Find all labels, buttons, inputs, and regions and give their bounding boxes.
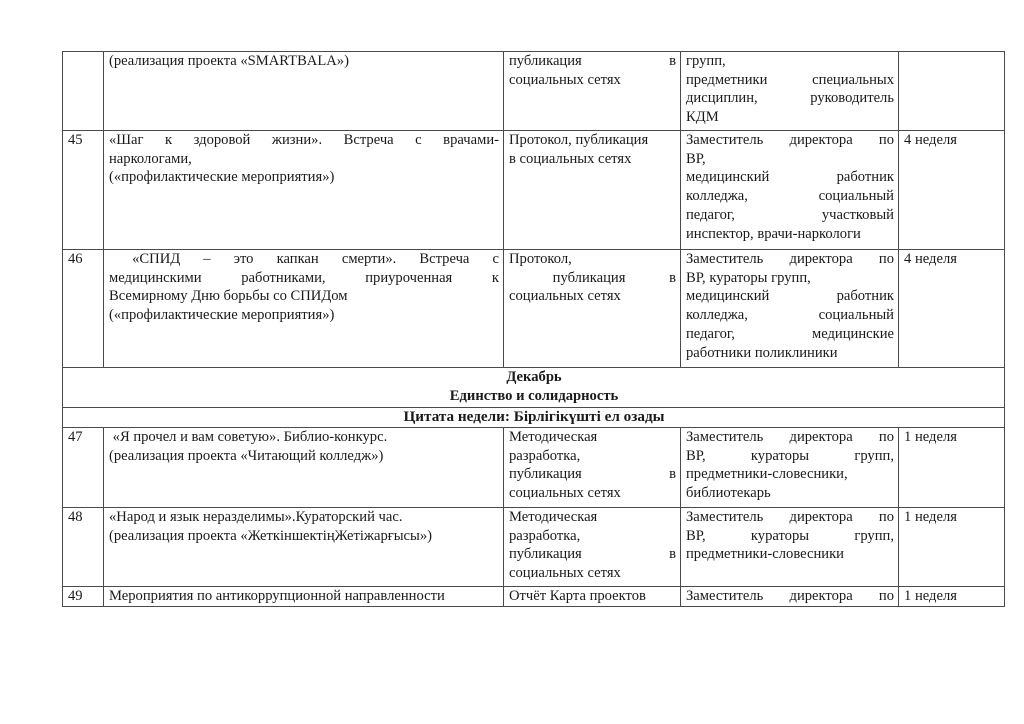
form-line: Протокол, xyxy=(509,250,676,269)
event-line: (реализация проекта «SMARTBALA») xyxy=(109,52,499,71)
responsible-line: педагог, участковый xyxy=(686,206,894,225)
timing-cell xyxy=(899,52,1005,131)
responsible-line: групп, xyxy=(686,52,894,71)
event-line: Мероприятия по антикоррупционной направл… xyxy=(109,587,499,606)
event-cell: (реализация проекта «SMARTBALA») xyxy=(104,52,504,131)
month-title: Декабрь xyxy=(68,368,1000,387)
form-line: публикация в xyxy=(509,465,676,484)
table-row: 47 «Я прочел и вам советую». Библио-конк… xyxy=(63,428,1005,508)
row-number xyxy=(63,52,104,131)
form-line: социальных сетях xyxy=(509,71,676,90)
section-header: Декабрь Единство и солидарность xyxy=(63,368,1005,408)
form-line: социальных сетях xyxy=(509,287,676,306)
responsible-line: колледжа, социальный xyxy=(686,306,894,325)
event-line: («профилактические мероприятия») xyxy=(109,168,499,187)
responsible-cell: Заместитель директора по ВР, кураторы гр… xyxy=(681,250,899,368)
event-cell: Мероприятия по антикоррупционной направл… xyxy=(104,587,504,607)
responsible-line: инспектор, врачи-наркологи xyxy=(686,225,894,244)
table-row: (реализация проекта «SMARTBALA») публика… xyxy=(63,52,1005,131)
form-line: Отчёт Карта проектов xyxy=(509,587,676,606)
responsible-line: библиотекарь xyxy=(686,484,894,503)
form-cell: Протокол, публикация в социальных сетях xyxy=(504,131,681,250)
form-line: Протокол, публикация xyxy=(509,131,676,150)
responsible-line: ВР, кураторы групп, xyxy=(686,447,894,466)
event-line: «Народ и язык неразделимы».Кураторский ч… xyxy=(109,508,499,527)
responsible-line: Заместитель директора по xyxy=(686,508,894,527)
responsible-cell: групп, предметники специальных дисциплин… xyxy=(681,52,899,131)
form-cell: Методическая разработка, публикация в со… xyxy=(504,428,681,508)
form-line: в социальных сетях xyxy=(509,150,676,169)
responsible-line: работники поликлиники xyxy=(686,344,894,363)
timing-cell: 1 неделя xyxy=(899,587,1005,607)
responsible-line: Заместитель директора по xyxy=(686,250,894,269)
document-page: (реализация проекта «SMARTBALA») публика… xyxy=(0,0,1024,724)
table-row: 46 «СПИД – это капкан смерти». Встреча с… xyxy=(63,250,1005,368)
event-cell: «Я прочел и вам советую». Библио-конкурс… xyxy=(104,428,504,508)
form-cell: Методическая разработка, публикация в со… xyxy=(504,508,681,587)
responsible-line: Заместитель директора по xyxy=(686,428,894,447)
event-line: медицинскими работниками, приуроченная к xyxy=(109,269,499,288)
form-line: публикация в xyxy=(509,269,676,288)
table-row: 49 Мероприятия по антикоррупционной напр… xyxy=(63,587,1005,607)
responsible-line: предметники-словесники, xyxy=(686,465,894,484)
form-line: разработка, xyxy=(509,447,676,466)
form-line: публикация в xyxy=(509,545,676,564)
event-cell: «СПИД – это капкан смерти». Встреча с ме… xyxy=(104,250,504,368)
table-row: 48 «Народ и язык неразделимы».Кураторски… xyxy=(63,508,1005,587)
row-number: 45 xyxy=(63,131,104,250)
event-line: (реализация проекта «Читающий колледж») xyxy=(109,447,499,466)
timing-cell: 4 неделя xyxy=(899,250,1005,368)
responsible-cell: Заместитель директора по ВР, кураторы гр… xyxy=(681,508,899,587)
form-line: Методическая xyxy=(509,428,676,447)
responsible-line: медицинский работник xyxy=(686,287,894,306)
row-number: 46 xyxy=(63,250,104,368)
event-line: наркологами, xyxy=(109,150,499,169)
row-number: 48 xyxy=(63,508,104,587)
event-line: Всемирному Дню борьбы со СПИДом xyxy=(109,287,499,306)
responsible-cell: Заместитель директора по xyxy=(681,587,899,607)
form-cell: Протокол, публикация в социальных сетях xyxy=(504,250,681,368)
form-line: разработка, xyxy=(509,527,676,546)
section-header-row: Декабрь Единство и солидарность xyxy=(63,368,1005,408)
responsible-line: ВР, кураторы групп, xyxy=(686,269,894,288)
responsible-line: КДМ xyxy=(686,108,894,127)
form-line: Методическая xyxy=(509,508,676,527)
form-line: социальных сетях xyxy=(509,484,676,503)
event-line: (реализация проекта «ЖеткіншектіңЖетіжар… xyxy=(109,527,499,546)
responsible-line: медицинский работник xyxy=(686,168,894,187)
row-number: 49 xyxy=(63,587,104,607)
responsible-line: предметники-словесники xyxy=(686,545,894,564)
form-line: социальных сетях xyxy=(509,564,676,583)
responsible-line: колледжа, социальный xyxy=(686,187,894,206)
form-cell: публикация в социальных сетях xyxy=(504,52,681,131)
timing-cell: 1 неделя xyxy=(899,508,1005,587)
event-line: «Шаг к здоровой жизни». Встреча с врачам… xyxy=(109,131,499,150)
event-line: «СПИД – это капкан смерти». Встреча с xyxy=(109,250,499,269)
responsible-line: Заместитель директора по xyxy=(686,131,894,150)
quote-of-week: Цитата недели: Бірлігікүшті ел озады xyxy=(63,408,1005,428)
event-line: «Я прочел и вам советую». Библио-конкурс… xyxy=(109,428,499,447)
timing-cell: 1 неделя xyxy=(899,428,1005,508)
form-line: публикация в xyxy=(509,52,676,71)
responsible-line: ВР, xyxy=(686,150,894,169)
row-number: 47 xyxy=(63,428,104,508)
events-plan-table: (реализация проекта «SMARTBALA») публика… xyxy=(62,51,1005,607)
form-cell: Отчёт Карта проектов xyxy=(504,587,681,607)
responsible-line: ВР, кураторы групп, xyxy=(686,527,894,546)
responsible-line: дисциплин, руководитель xyxy=(686,89,894,108)
responsible-line: педагог, медицинские xyxy=(686,325,894,344)
timing-cell: 4 неделя xyxy=(899,131,1005,250)
responsible-cell: Заместитель директора по ВР, медицинский… xyxy=(681,131,899,250)
quote-row: Цитата недели: Бірлігікүшті ел озады xyxy=(63,408,1005,428)
month-theme: Единство и солидарность xyxy=(68,387,1000,406)
responsible-cell: Заместитель директора по ВР, кураторы гр… xyxy=(681,428,899,508)
table-row: 45 «Шаг к здоровой жизни». Встреча с вра… xyxy=(63,131,1005,250)
event-cell: «Народ и язык неразделимы».Кураторский ч… xyxy=(104,508,504,587)
responsible-line: Заместитель директора по xyxy=(686,587,894,606)
event-line: («профилактические мероприятия») xyxy=(109,306,499,325)
responsible-line: предметники специальных xyxy=(686,71,894,90)
event-cell: «Шаг к здоровой жизни». Встреча с врачам… xyxy=(104,131,504,250)
